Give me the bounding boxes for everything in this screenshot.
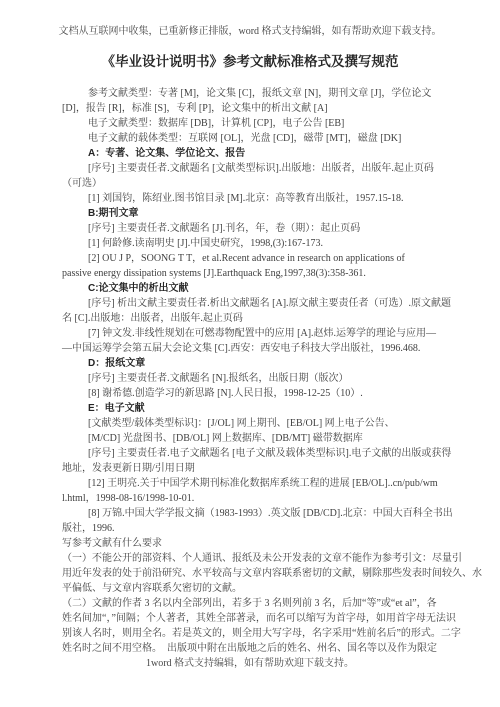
text-line: l.html，1998-08-16/1998-10-01.: [62, 491, 490, 506]
text-line: A：专著、论文集、学位论文、报告: [62, 146, 490, 161]
text-line: C:论文集中的析出文献: [62, 281, 490, 296]
text-line: [序号] 主要责任者.文献题名 [文献类型标识].出版地：出版者，出版年.起止页…: [62, 161, 490, 176]
text-line: （可选）: [62, 176, 490, 191]
text-line: 地址，发表更新日期/引用日期: [62, 461, 490, 476]
text-line: [M/CD] 光盘图书、[DB/OL] 网上数据库、[DB/MT] 磁带数据库: [62, 431, 490, 446]
text-line: 姓名时之间不用空格。 出版项中附在出版地之后的姓名、州名、国名等以及作为限定: [62, 641, 490, 656]
text-line: [D]，报告 [R]，标准 [S]，专利 [P]，论文集中的析出文献 [A]: [62, 101, 490, 116]
text-line: 版社，1996.: [62, 521, 490, 536]
text-line: E：电子文献: [62, 401, 490, 416]
document-page: 文档从互联网中收集，已重新修正排版，word 格式支持编辑，如有帮助欢迎下载支持…: [0, 0, 500, 707]
text-line: —中国运筹学会第五届大会论文集 [C].西安：西安电子科技大学出版社，1996.…: [62, 341, 490, 356]
text-line: [7] 钟文发.非线性规划在可燃毒物配置中的应用 [A].赵炜.运筹学的理论与应…: [62, 326, 490, 341]
text-line: [序号] 主要责任者.文献题名 [N].报纸名，出版日期（版次）: [62, 371, 490, 386]
text-line: [2] OU J P，SOONG T T，et al.Recent advanc…: [62, 251, 490, 266]
page-title: 《毕业设计说明书》参考文献标准格式及撰写规范: [0, 50, 500, 70]
text-line: [12] 王明亮.关于中国学术期刊标准化数据库系统工程的进展 [EB/OL]..…: [62, 476, 490, 491]
text-line: [序号] 主要责任者.电子文献题名 [电子文献及载体类型标识].电子文献的出版或…: [62, 446, 490, 461]
text-line: [8] 万锦.中国大学学报文摘（1983-1993）.英文版 [DB/CD].北…: [62, 506, 490, 521]
header-note: 文档从互联网中收集，已重新修正排版，word 格式支持编辑，如有帮助欢迎下载支持…: [0, 22, 500, 37]
text-line: D：报纸文章: [62, 356, 490, 371]
text-line: [1] 何龄修.读南明史 [J].中国史研究，1998,(3):167-173.: [62, 236, 490, 251]
text-line: 姓名间加“，”间隔；个人著者，其姓全部著录，而名可以缩写为首字母，如用首字母无法…: [62, 611, 490, 626]
footer-note: 1word 格式支持编辑，如有帮助欢迎下载支持。: [0, 656, 500, 671]
text-line: 别该人名时，则用全名。若是英文的，则全用大写字母，名字采用“姓前名后”的形式。二…: [62, 626, 490, 641]
text-line: [8] 谢希德.创造学习的新思路 [N].人民日报，1998-12-25（10）…: [62, 386, 490, 401]
text-line: passive energy dissipation systems [J].E…: [62, 266, 490, 281]
text-line: [文献类型/载体类型标识]：[J/OL] 网上期刊、[EB/OL] 网上电子公告…: [62, 416, 490, 431]
text-line: 参考文献类型：专著 [M]，论文集 [C]，报纸文章 [N]，期刊文章 [J]，…: [62, 86, 490, 101]
text-line: 写参考文献有什么要求: [62, 536, 490, 551]
text-line: 电子文献类型：数据库 [DB]，计算机 [CP]，电子公告 [EB]: [62, 116, 490, 131]
text-line: B:期刊文章: [62, 206, 490, 221]
text-line: （二）文献的作者 3 名以内全部列出，若多于 3 名则列前 3 名，后加“等”或…: [62, 596, 490, 611]
text-line: [序号] 析出文献主要责任者.析出文献题名 [A].原文献主要责任者（可选）.原…: [62, 296, 490, 311]
text-line: （一）不能公开的部资料、个人通讯、报纸及未公开发表的文章不能作为参考引文：尽量引: [62, 551, 490, 566]
text-line: 平偏低、与文章内容联系欠密切的文献。: [62, 581, 490, 596]
document-body: 参考文献类型：专著 [M]，论文集 [C]，报纸文章 [N]，期刊文章 [J]，…: [0, 86, 500, 656]
text-line: 用近年发表的处于前沿研究、水平较高与文章内容联系密切的文献，剔除那些发表时间较久…: [62, 566, 490, 581]
text-line: [1] 刘国钧，陈绍业.图书馆目录 [M].北京：高等教育出版社，1957.15…: [62, 191, 490, 206]
text-line: 电子文献的载体类型：互联网 [OL]，光盘 [CD]，磁带 [MT]，磁盘 [D…: [62, 131, 490, 146]
text-line: 名 [C].出版地：出版者，出版年.起止页码: [62, 311, 490, 326]
text-line: [序号] 主要责任者.文献题名 [J].刊名，年，卷（期）：起止页码: [62, 221, 490, 236]
